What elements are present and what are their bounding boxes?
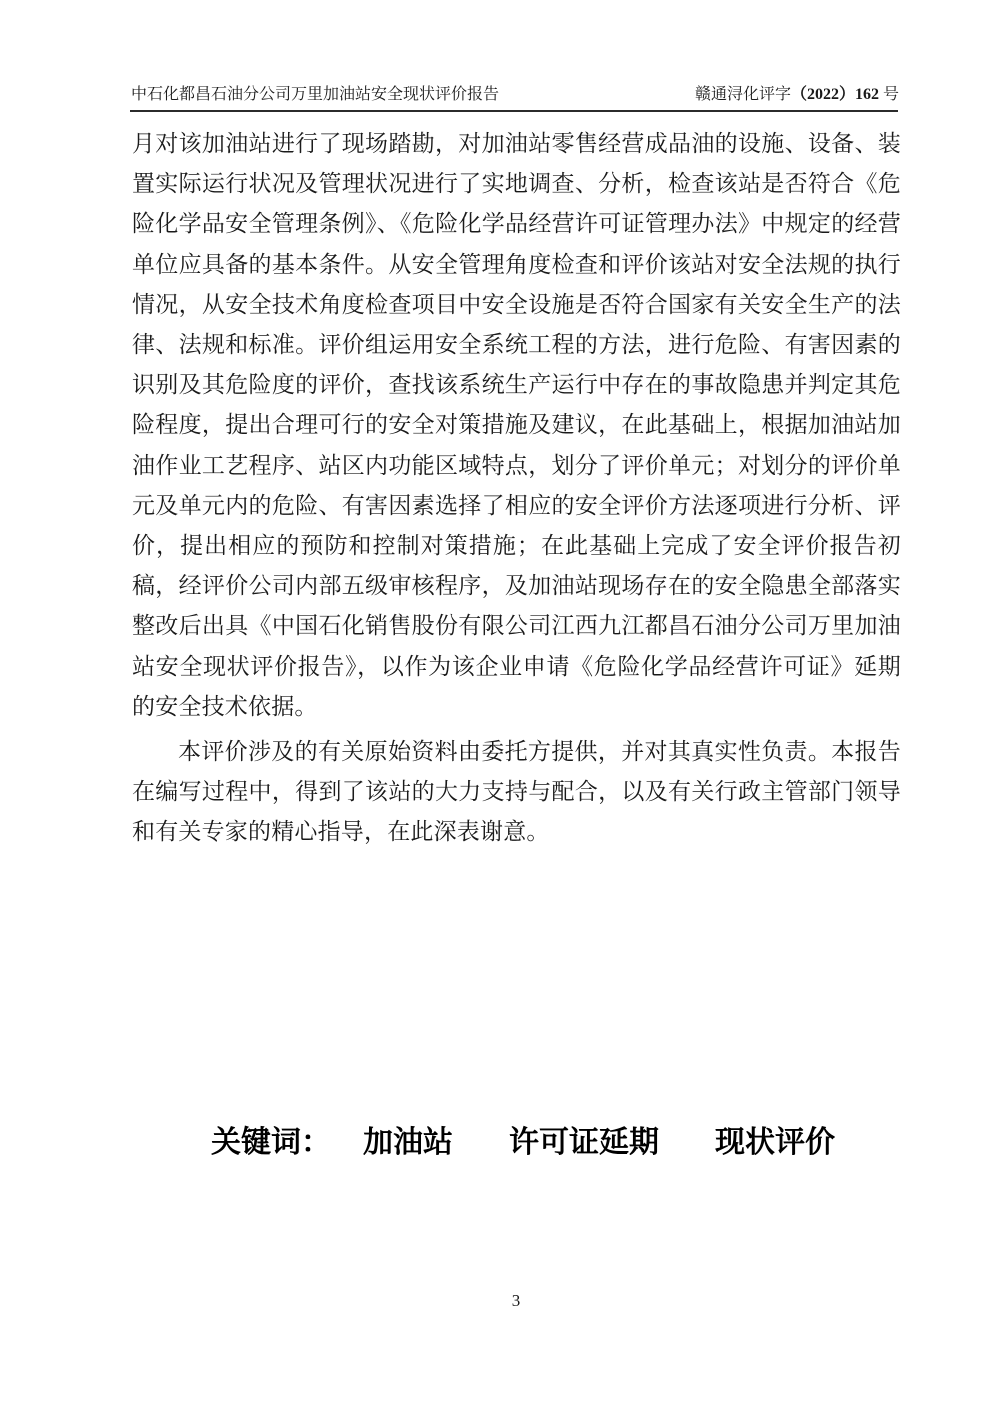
page-number: 3 — [132, 1291, 900, 1311]
doc-number-prefix: 赣通浔化评字 — [695, 86, 791, 103]
paragraph-1: 月对该加油站进行了现场踏勘，对加油站零售经营成品油的设施、设备、装置实际运行状况… — [132, 124, 901, 727]
header-report-title: 中石化都昌石油分公司万里加油站安全现状评价报告 — [131, 84, 499, 106]
header-divider — [130, 110, 898, 112]
paragraph-2: 本评价涉及的有关原始资料由委托方提供，并对其真实性负责。本报告在编写过程中，得到… — [132, 732, 901, 853]
body-text-block: 月对该加油站进行了现场踏勘，对加油站零售经营成品油的设施、设备、装置实际运行状况… — [132, 124, 901, 853]
document-page: 中石化都昌石油分公司万里加油站安全现状评价报告 赣通浔化评字（2022）162 … — [0, 0, 992, 1403]
keywords-line: 关键词： 加油站 许可证延期 现状评价 — [211, 1122, 835, 1164]
doc-number-suffix: 号 — [879, 86, 899, 103]
keywords-label: 关键词： — [211, 1122, 331, 1164]
keyword-term: 加油站 — [363, 1122, 453, 1164]
doc-number-code: （2022）162 — [791, 86, 879, 103]
keyword-term: 许可证延期 — [509, 1122, 659, 1164]
keyword-term: 现状评价 — [715, 1122, 835, 1164]
page-header: 中石化都昌石油分公司万里加油站安全现状评价报告 赣通浔化评字（2022）162 … — [131, 84, 899, 106]
header-doc-number: 赣通浔化评字（2022）162 号 — [695, 84, 899, 106]
